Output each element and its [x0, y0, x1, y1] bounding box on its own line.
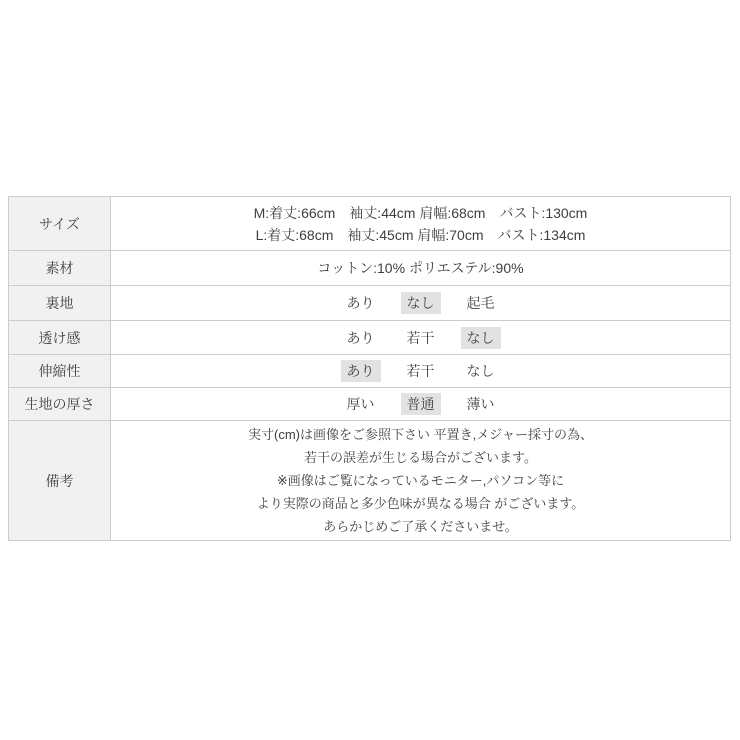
thickness-options: 厚い普通薄い: [111, 388, 731, 421]
notes-line-1: 実寸(cm)は画像をご参照下さい 平置き,メジャー採寸の為、: [111, 423, 730, 446]
stretch-option-ari: あり: [341, 360, 381, 382]
stretch-option-jakkan: 若干: [401, 360, 441, 382]
lining-option-nashi: なし: [401, 292, 441, 314]
notes-line-2: 若干の誤差が生じる場合がございます。: [111, 446, 730, 469]
product-spec-table: サイズ M:着丈:66cm 袖丈:44cm 肩幅:68cm バスト:130cm …: [8, 196, 731, 541]
row-label-material: 素材: [9, 251, 111, 286]
thickness-option-atsui: 厚い: [341, 393, 381, 415]
product-spec-page: サイズ M:着丈:66cm 袖丈:44cm 肩幅:68cm バスト:130cm …: [0, 0, 740, 740]
row-label-stretch: 伸縮性: [9, 355, 111, 388]
sheerness-option-ari: あり: [341, 327, 381, 349]
lining-option-kimou: 起毛: [461, 292, 501, 314]
stretch-option-nashi: なし: [461, 360, 501, 382]
notes-text: 実寸(cm)は画像をご参照下さい 平置き,メジャー採寸の為、 若干の誤差が生じる…: [111, 421, 731, 541]
spec-row-size: サイズ M:着丈:66cm 袖丈:44cm 肩幅:68cm バスト:130cm …: [9, 197, 731, 251]
row-label-size: サイズ: [9, 197, 111, 251]
notes-line-5: あらかじめご了承くださいませ。: [111, 515, 730, 538]
sheerness-option-nashi: なし: [461, 327, 501, 349]
row-label-sheerness: 透け感: [9, 321, 111, 355]
spec-row-stretch: 伸縮性 あり若干なし: [9, 355, 731, 388]
row-label-notes: 備考: [9, 421, 111, 541]
material-value: コットン:10% ポリエステル:90%: [111, 251, 731, 286]
spec-row-sheerness: 透け感 あり若干なし: [9, 321, 731, 355]
notes-line-4: より実際の商品と多少色味が異なる場合 がございます。: [111, 492, 730, 515]
spec-row-material: 素材 コットン:10% ポリエステル:90%: [9, 251, 731, 286]
sheerness-option-jakkan: 若干: [401, 327, 441, 349]
stretch-options: あり若干なし: [111, 355, 731, 388]
row-label-lining: 裏地: [9, 286, 111, 321]
spec-row-lining: 裏地 ありなし起毛: [9, 286, 731, 321]
notes-line-3: ※画像はご覧になっているモニター,パソコン等に: [111, 469, 730, 492]
lining-option-ari: あり: [341, 292, 381, 314]
thickness-option-usui: 薄い: [461, 393, 501, 415]
size-line-m: M:着丈:66cm 袖丈:44cm 肩幅:68cm バスト:130cm: [111, 202, 730, 224]
size-values: M:着丈:66cm 袖丈:44cm 肩幅:68cm バスト:130cm L:着丈…: [111, 197, 731, 251]
thickness-option-futsuu: 普通: [401, 393, 441, 415]
row-label-thickness: 生地の厚さ: [9, 388, 111, 421]
size-line-l: L:着丈:68cm 袖丈:45cm 肩幅:70cm バスト:134cm: [111, 224, 730, 246]
spec-row-notes: 備考 実寸(cm)は画像をご参照下さい 平置き,メジャー採寸の為、 若干の誤差が…: [9, 421, 731, 541]
sheerness-options: あり若干なし: [111, 321, 731, 355]
spec-row-thickness: 生地の厚さ 厚い普通薄い: [9, 388, 731, 421]
lining-options: ありなし起毛: [111, 286, 731, 321]
